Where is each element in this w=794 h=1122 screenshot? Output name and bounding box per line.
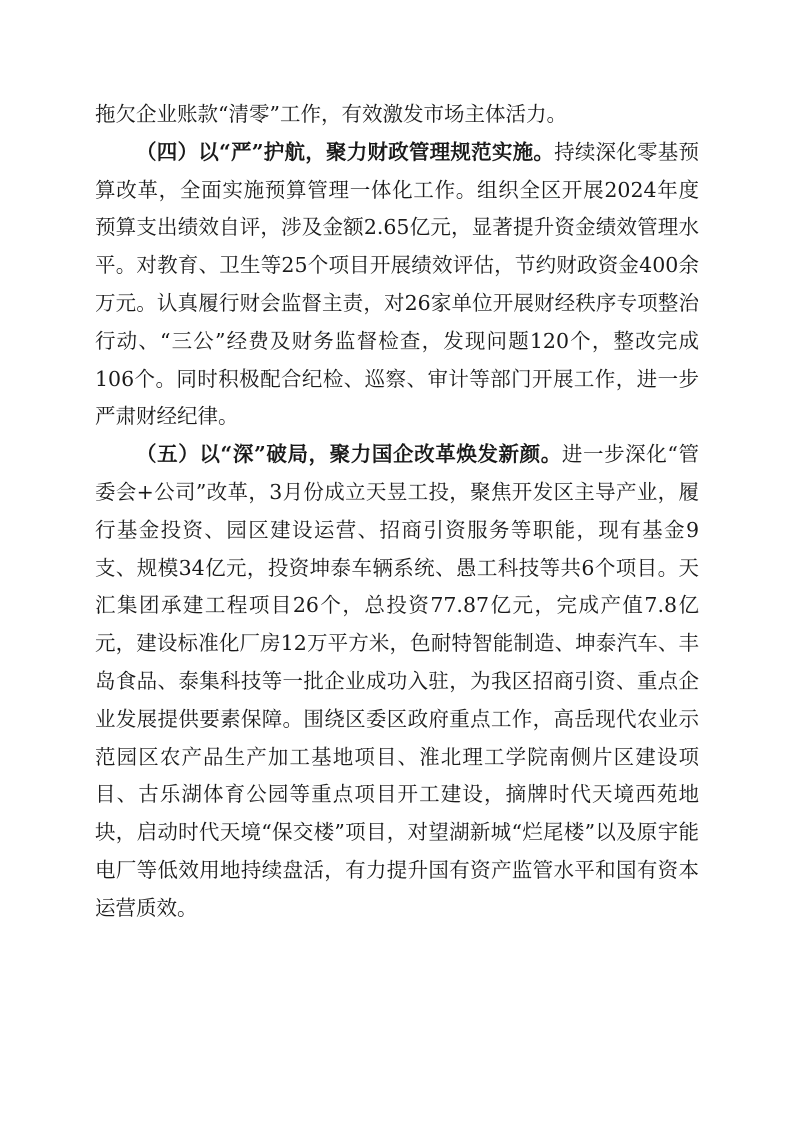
paragraph-text: 持续深化零基预算改革，全面实施预算管理一体化工作。组织全区开展2024年度预算支… [95, 140, 699, 429]
paragraph-section-5: （五）以“深”破局，聚力国企改革焕发新颜。进一步深化“管委会+公司”改革，3月份… [95, 436, 699, 927]
section-heading: （五）以“深”破局，聚力国企改革焕发新颜。 [136, 442, 562, 466]
paragraph-text: 拖欠企业账款“清零”工作，有效激发市场主体活力。 [95, 102, 567, 126]
paragraph-section-4: （四）以“严”护航，聚力财政管理规范实施。持续深化零基预算改革，全面实施预算管理… [95, 134, 699, 436]
paragraph-continued: 拖欠企业账款“清零”工作，有效激发市场主体活力。 [95, 96, 699, 134]
section-heading: （四）以“严”护航，聚力财政管理规范实施。 [136, 140, 554, 164]
paragraph-text: 进一步深化“管委会+公司”改革，3月份成立天昱工投，聚焦开发区主导产业，履行基金… [95, 442, 699, 920]
document-page: 拖欠企业账款“清零”工作，有效激发市场主体活力。 （四）以“严”护航，聚力财政管… [95, 96, 699, 928]
